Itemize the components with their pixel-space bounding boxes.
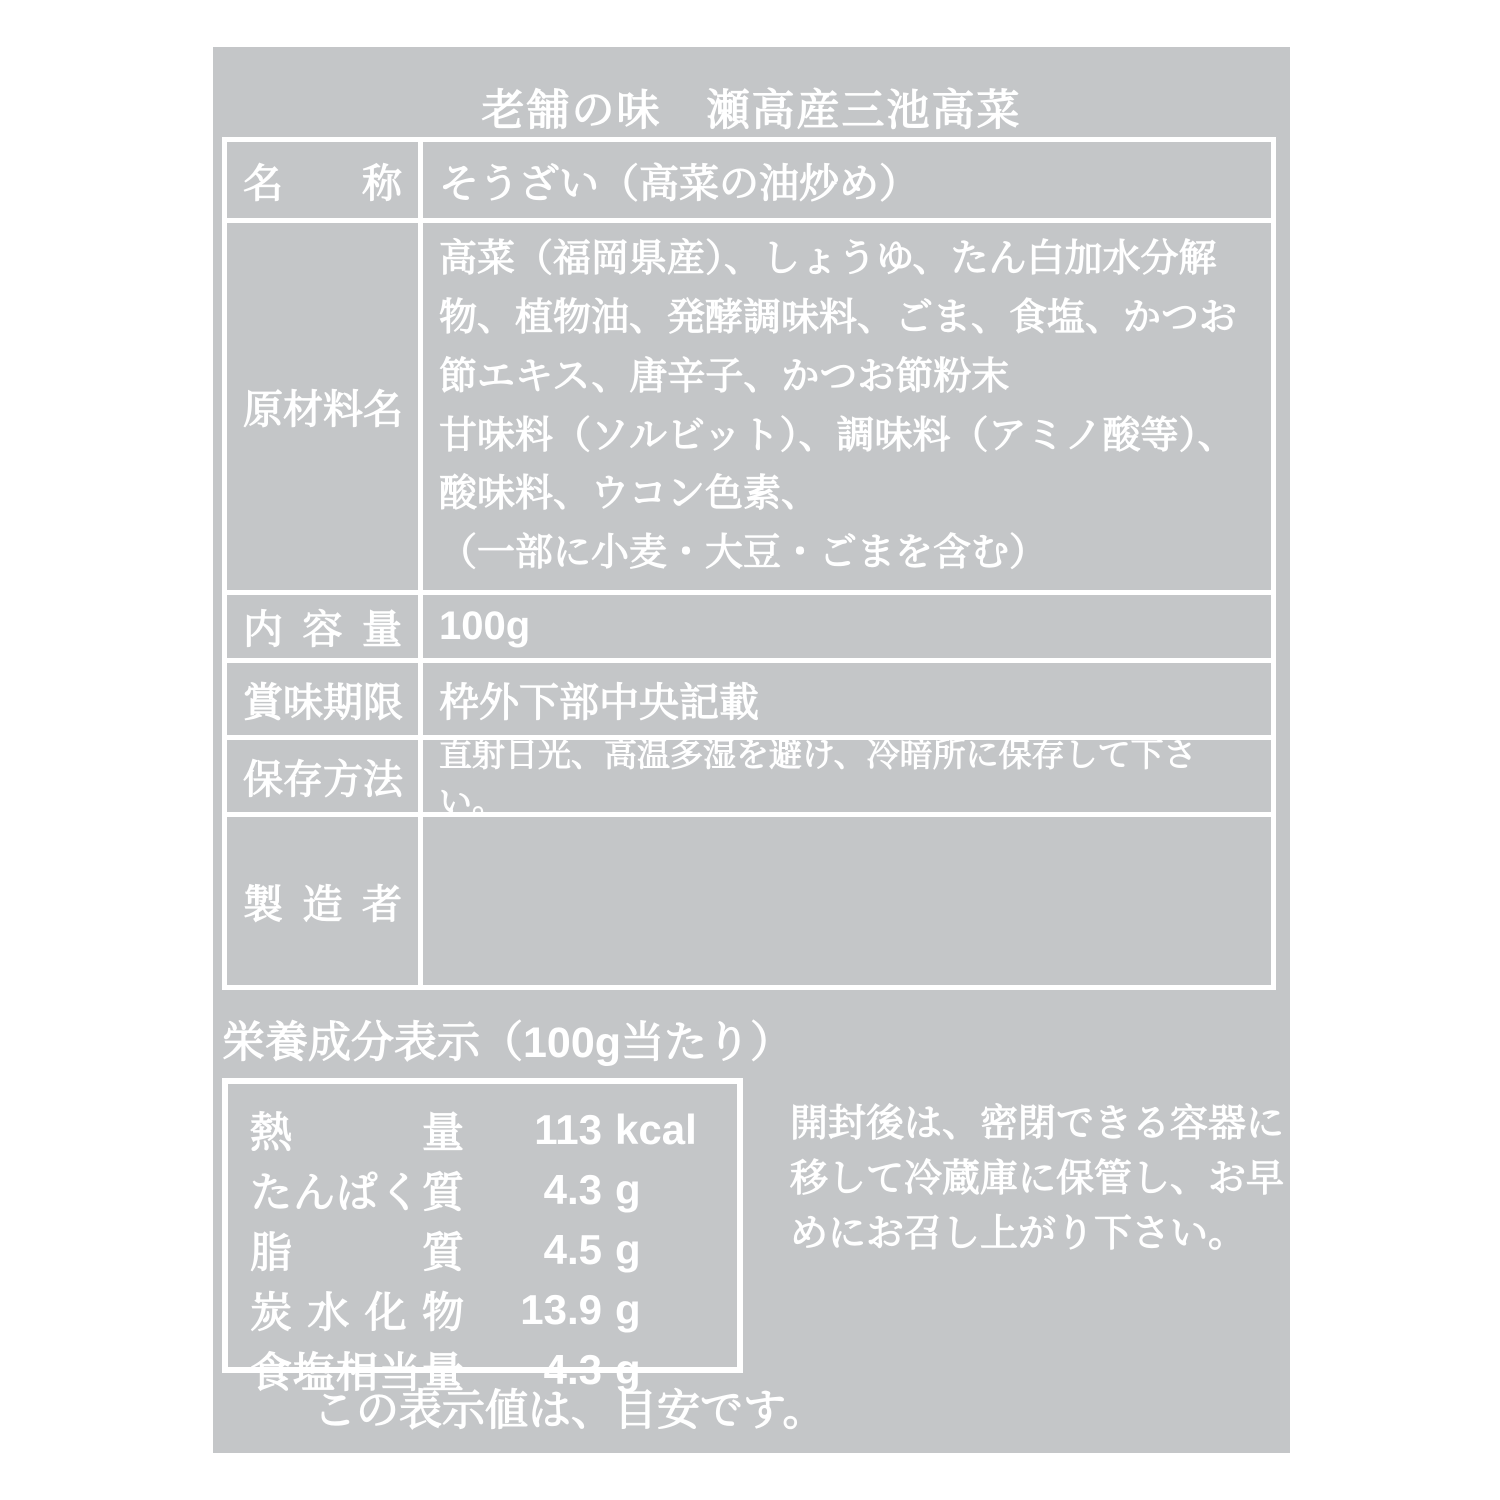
nutrition-value-energy: 113 (464, 1106, 602, 1154)
nutrition-value-fat: 4.5 (464, 1226, 602, 1274)
spec-label-best-before: 賞味期限 (227, 658, 423, 735)
spec-label-storage: 保存方法 (227, 735, 423, 812)
nutrition-row-carbohydrate: 炭水化物 13.9 g (250, 1280, 715, 1340)
nutrition-label-protein: たんぱく質 (250, 1160, 464, 1220)
spec-value-manufacturer (423, 812, 1271, 985)
nutrition-row-energy: 熱量 113 kcal (250, 1100, 715, 1160)
product-label-image: 老舗の味 瀬高産三池高菜 名称 そうざい（高菜の油炒め） 原材料名 高菜（福岡県… (0, 0, 1500, 1500)
spec-label-manufacturer: 製造者 (227, 812, 423, 985)
spec-label-net-content: 内容量 (227, 590, 423, 658)
nutrition-heading: 栄養成分表示（100g当たり） (222, 1009, 793, 1070)
product-title: 老舗の味 瀬高産三池高菜 (213, 77, 1290, 138)
nutrition-value-protein: 4.3 (464, 1166, 602, 1214)
spec-label-ingredients: 原材料名 (227, 218, 423, 590)
spec-label-name: 名称 (227, 142, 423, 218)
spec-label-manufacturer-text: 製造者 (243, 873, 402, 930)
nutrition-unit-fat: g (602, 1226, 715, 1274)
nutrition-row-protein: たんぱく質 4.3 g (250, 1160, 715, 1220)
label-panel: 老舗の味 瀬高産三池高菜 名称 そうざい（高菜の油炒め） 原材料名 高菜（福岡県… (213, 47, 1290, 1453)
nutrition-label-fat: 脂質 (250, 1220, 464, 1280)
approximate-values-note: この表示値は、目安です。 (313, 1377, 826, 1438)
nutrition-value-carbohydrate: 13.9 (464, 1286, 602, 1334)
spec-value-ingredients: 高菜（福岡県産）、しょうゆ、たん白加水分解物、植物油、発酵調味料、ごま、食塩、か… (423, 218, 1271, 590)
spec-value-name: そうざい（高菜の油炒め） (423, 142, 1271, 218)
after-opening-note: 開封後は、密閉できる容器に移して冷蔵庫に保管し、お早めにお召し上がり下さい。 (790, 1097, 1295, 1262)
nutrition-label-carbohydrate: 炭水化物 (250, 1280, 464, 1340)
nutrition-unit-protein: g (602, 1166, 715, 1214)
spec-value-best-before: 枠外下部中央記載 (423, 658, 1271, 735)
spec-value-net-content: 100g (423, 590, 1271, 658)
spec-label-name-text: 名称 (243, 152, 402, 209)
spec-value-storage: 直射日光、高温多湿を避け、冷暗所に保存して下さい。 (423, 735, 1271, 812)
nutrition-label-energy: 熱量 (250, 1100, 464, 1160)
nutrition-box: 熱量 113 kcal たんぱく質 4.3 g 脂質 4.5 g 炭水化物 13… (222, 1078, 743, 1373)
spec-label-ingredients-text: 原材料名 (243, 378, 402, 435)
spec-label-storage-text: 保存方法 (243, 748, 402, 805)
spec-label-best-before-text: 賞味期限 (243, 671, 402, 728)
spec-label-net-content-text: 内容量 (243, 598, 402, 655)
spec-table: 名称 そうざい（高菜の油炒め） 原材料名 高菜（福岡県産）、しょうゆ、たん白加水… (222, 137, 1276, 990)
nutrition-row-fat: 脂質 4.5 g (250, 1220, 715, 1280)
nutrition-unit-carbohydrate: g (602, 1286, 715, 1334)
nutrition-unit-energy: kcal (602, 1106, 715, 1154)
